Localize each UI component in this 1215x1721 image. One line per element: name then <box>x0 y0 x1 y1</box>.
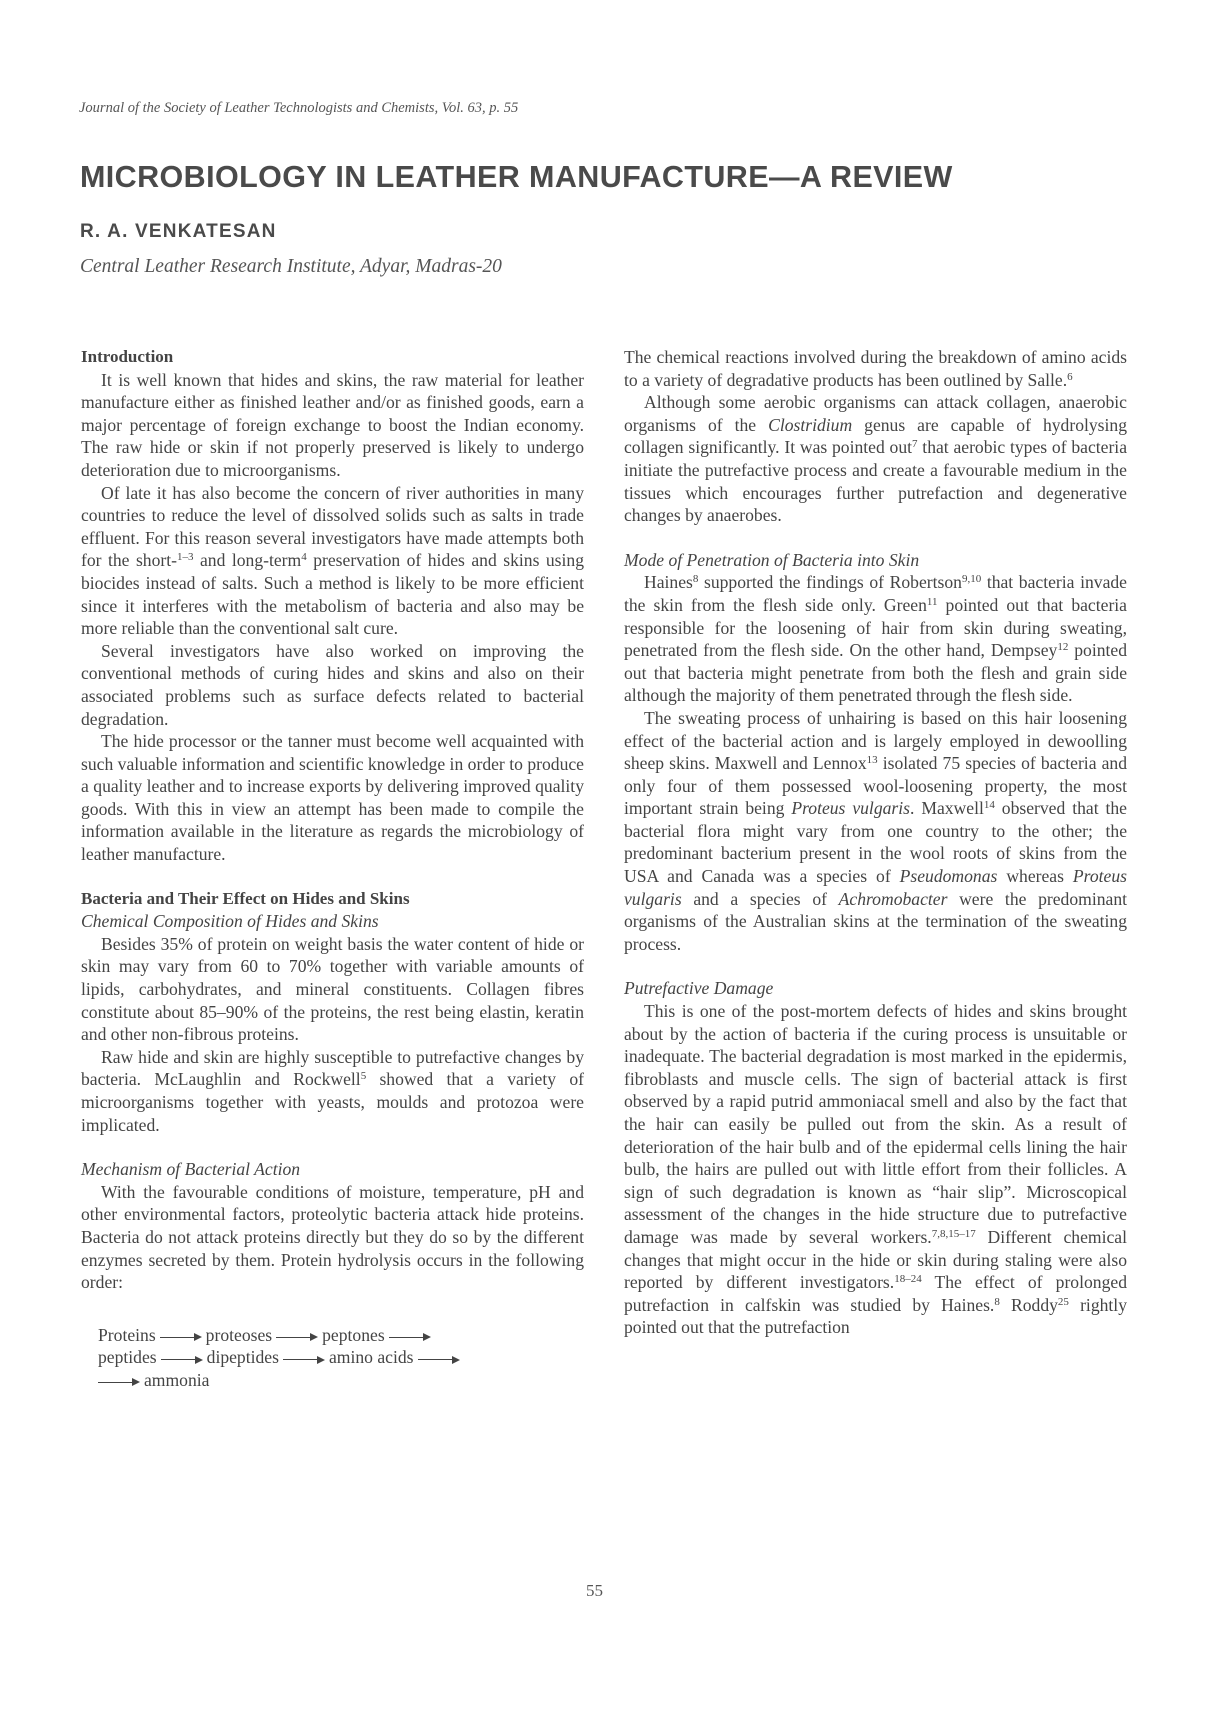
arrow-right-icon <box>98 1377 140 1387</box>
right-column: The chemical reactions involved during t… <box>624 346 1127 1339</box>
subsection-heading-chemical-composition: Chemical Composition of Hides and Skins <box>81 910 584 933</box>
subsection-heading-putrefactive-damage: Putrefactive Damage <box>624 977 1127 1000</box>
page-number: 55 <box>586 1581 603 1601</box>
author-affiliation: Central Leather Research Institute, Adya… <box>80 256 502 278</box>
arrow-right-icon <box>418 1354 460 1364</box>
paragraph: With the favourable conditions of moistu… <box>81 1181 584 1294</box>
section-heading-introduction: Introduction <box>81 346 584 369</box>
paragraph: Raw hide and skin are highly susceptible… <box>81 1046 584 1136</box>
subsection-heading-mode-of-penetration: Mode of Penetration of Bacteria into Ski… <box>624 549 1127 572</box>
paragraph: Besides 35% of protein on weight basis t… <box>81 933 584 1046</box>
section-heading-bacteria: Bacteria and Their Effect on Hides and S… <box>81 888 584 911</box>
paragraph: The hide processor or the tanner must be… <box>81 730 584 866</box>
citation-ref: 1–3 <box>177 551 194 563</box>
arrow-right-icon <box>283 1354 325 1364</box>
arrow-right-icon <box>389 1332 431 1342</box>
paragraph: Although some aerobic organisms can atta… <box>624 391 1127 527</box>
paragraph: Of late it has also become the concern o… <box>81 482 584 640</box>
arrow-right-icon <box>161 1354 203 1364</box>
author-name: R. A. VENKATESAN <box>80 221 277 243</box>
running-head: Journal of the Society of Leather Techno… <box>79 100 518 117</box>
paragraph: Haines8 supported the findings of Robert… <box>624 571 1127 707</box>
article-title: MICROBIOLOGY IN LEATHER MANUFACTURE—A RE… <box>80 160 953 195</box>
hydrolysis-chain: Proteinsproteosespeptones peptidesdipept… <box>81 1324 584 1392</box>
arrow-right-icon <box>160 1332 202 1342</box>
paragraph: Several investigators have also worked o… <box>81 640 584 730</box>
arrow-right-icon <box>276 1332 318 1342</box>
citation-ref: 6 <box>1067 371 1073 383</box>
left-column: Introduction It is well known that hides… <box>81 346 584 1392</box>
paragraph: This is one of the post-mortem defects o… <box>624 1000 1127 1339</box>
subsection-heading-mechanism: Mechanism of Bacterial Action <box>81 1158 584 1181</box>
paragraph: The sweating process of unhairing is bas… <box>624 707 1127 956</box>
paragraph: It is well known that hides and skins, t… <box>81 369 584 482</box>
paragraph: The chemical reactions involved during t… <box>624 346 1127 391</box>
